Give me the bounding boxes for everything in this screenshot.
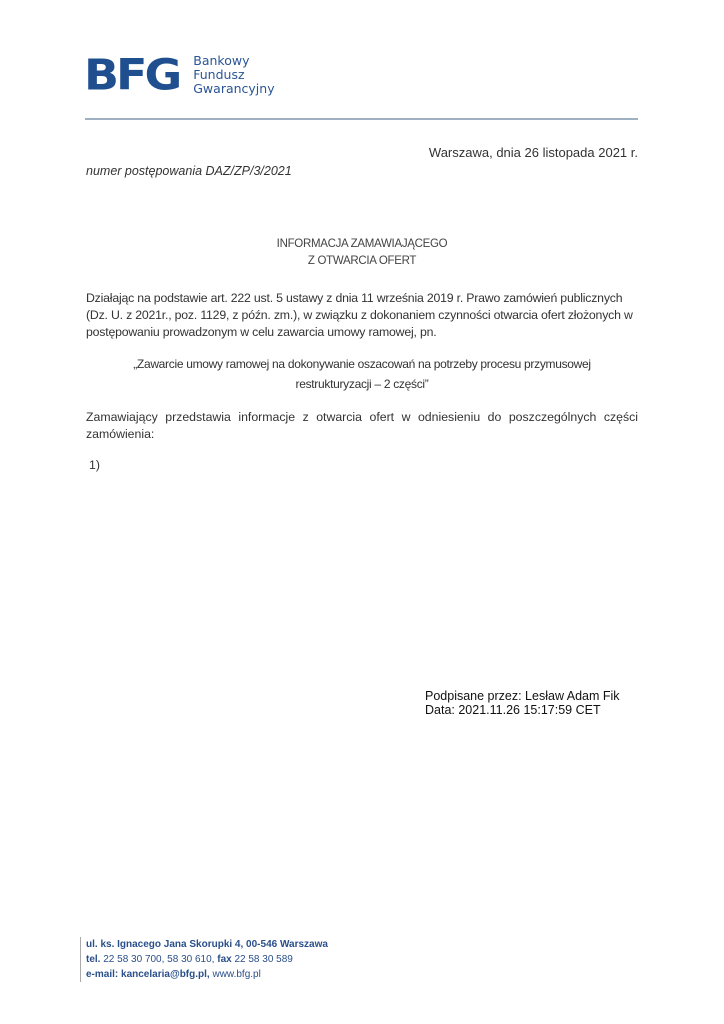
tel-value: 22 58 30 700, 58 30 610,	[103, 954, 214, 965]
bfg-logo: BFG Bankowy Fundusz Gwarancyjny	[84, 52, 275, 98]
email-link[interactable]: kancelaria@bfg.pl,	[121, 969, 210, 980]
procurement-name: „Zawarcie umowy ramowej na dokonywanie o…	[86, 354, 638, 394]
list-item-number: 1)	[89, 458, 100, 472]
email-label: e-mail:	[86, 969, 118, 980]
title-line: Z OTWARCIA OFERT	[0, 253, 724, 270]
fax-value: 22 58 30 589	[234, 954, 292, 965]
quote-line: „Zawarcie umowy ramowej na dokonywanie o…	[86, 354, 638, 374]
document-title: INFORMACJA ZAMAWIAJĄCEGO Z OTWARCIA OFER…	[0, 236, 724, 270]
logo-line: Gwarancyjny	[193, 82, 274, 96]
place-date: Warszawa, dnia 26 listopada 2021 r.	[429, 145, 638, 160]
website-link[interactable]: www.bfg.pl	[212, 969, 260, 980]
signed-by: Podpisane przez: Lesław Adam Fik	[425, 689, 620, 703]
tel-label: tel.	[86, 954, 100, 965]
title-line: INFORMACJA ZAMAWIAJĄCEGO	[0, 236, 724, 253]
signature-date: Data: 2021.11.26 15:17:59 CET	[425, 703, 620, 717]
header-divider	[85, 118, 638, 120]
logo-text: Bankowy Fundusz Gwarancyjny	[193, 54, 274, 96]
footer-email: e-mail: kancelaria@bfg.pl, www.bfg.pl	[86, 967, 328, 982]
case-number: numer postępowania DAZ/ZP/3/2021	[86, 164, 292, 178]
footer-address: ul. ks. Ignacego Jana Skorupki 4, 00-546…	[86, 937, 328, 952]
footer-phone: tel. 22 58 30 700, 58 30 610, fax 22 58 …	[86, 952, 328, 967]
quote-line: restrukturyzacji – 2 części”	[86, 374, 638, 394]
digital-signature: Podpisane przez: Lesław Adam Fik Data: 2…	[425, 689, 620, 717]
logo-mark: BFG	[84, 54, 179, 96]
logo-line: Bankowy	[193, 54, 274, 68]
logo-line: Fundusz	[193, 68, 274, 82]
legal-basis-paragraph: Działając na podstawie art. 222 ust. 5 u…	[86, 290, 638, 341]
fax-label: fax	[217, 954, 231, 965]
footer-contact: ul. ks. Ignacego Jana Skorupki 4, 00-546…	[80, 937, 328, 982]
intro-paragraph: Zamawiający przedstawia informacje z otw…	[86, 409, 638, 443]
